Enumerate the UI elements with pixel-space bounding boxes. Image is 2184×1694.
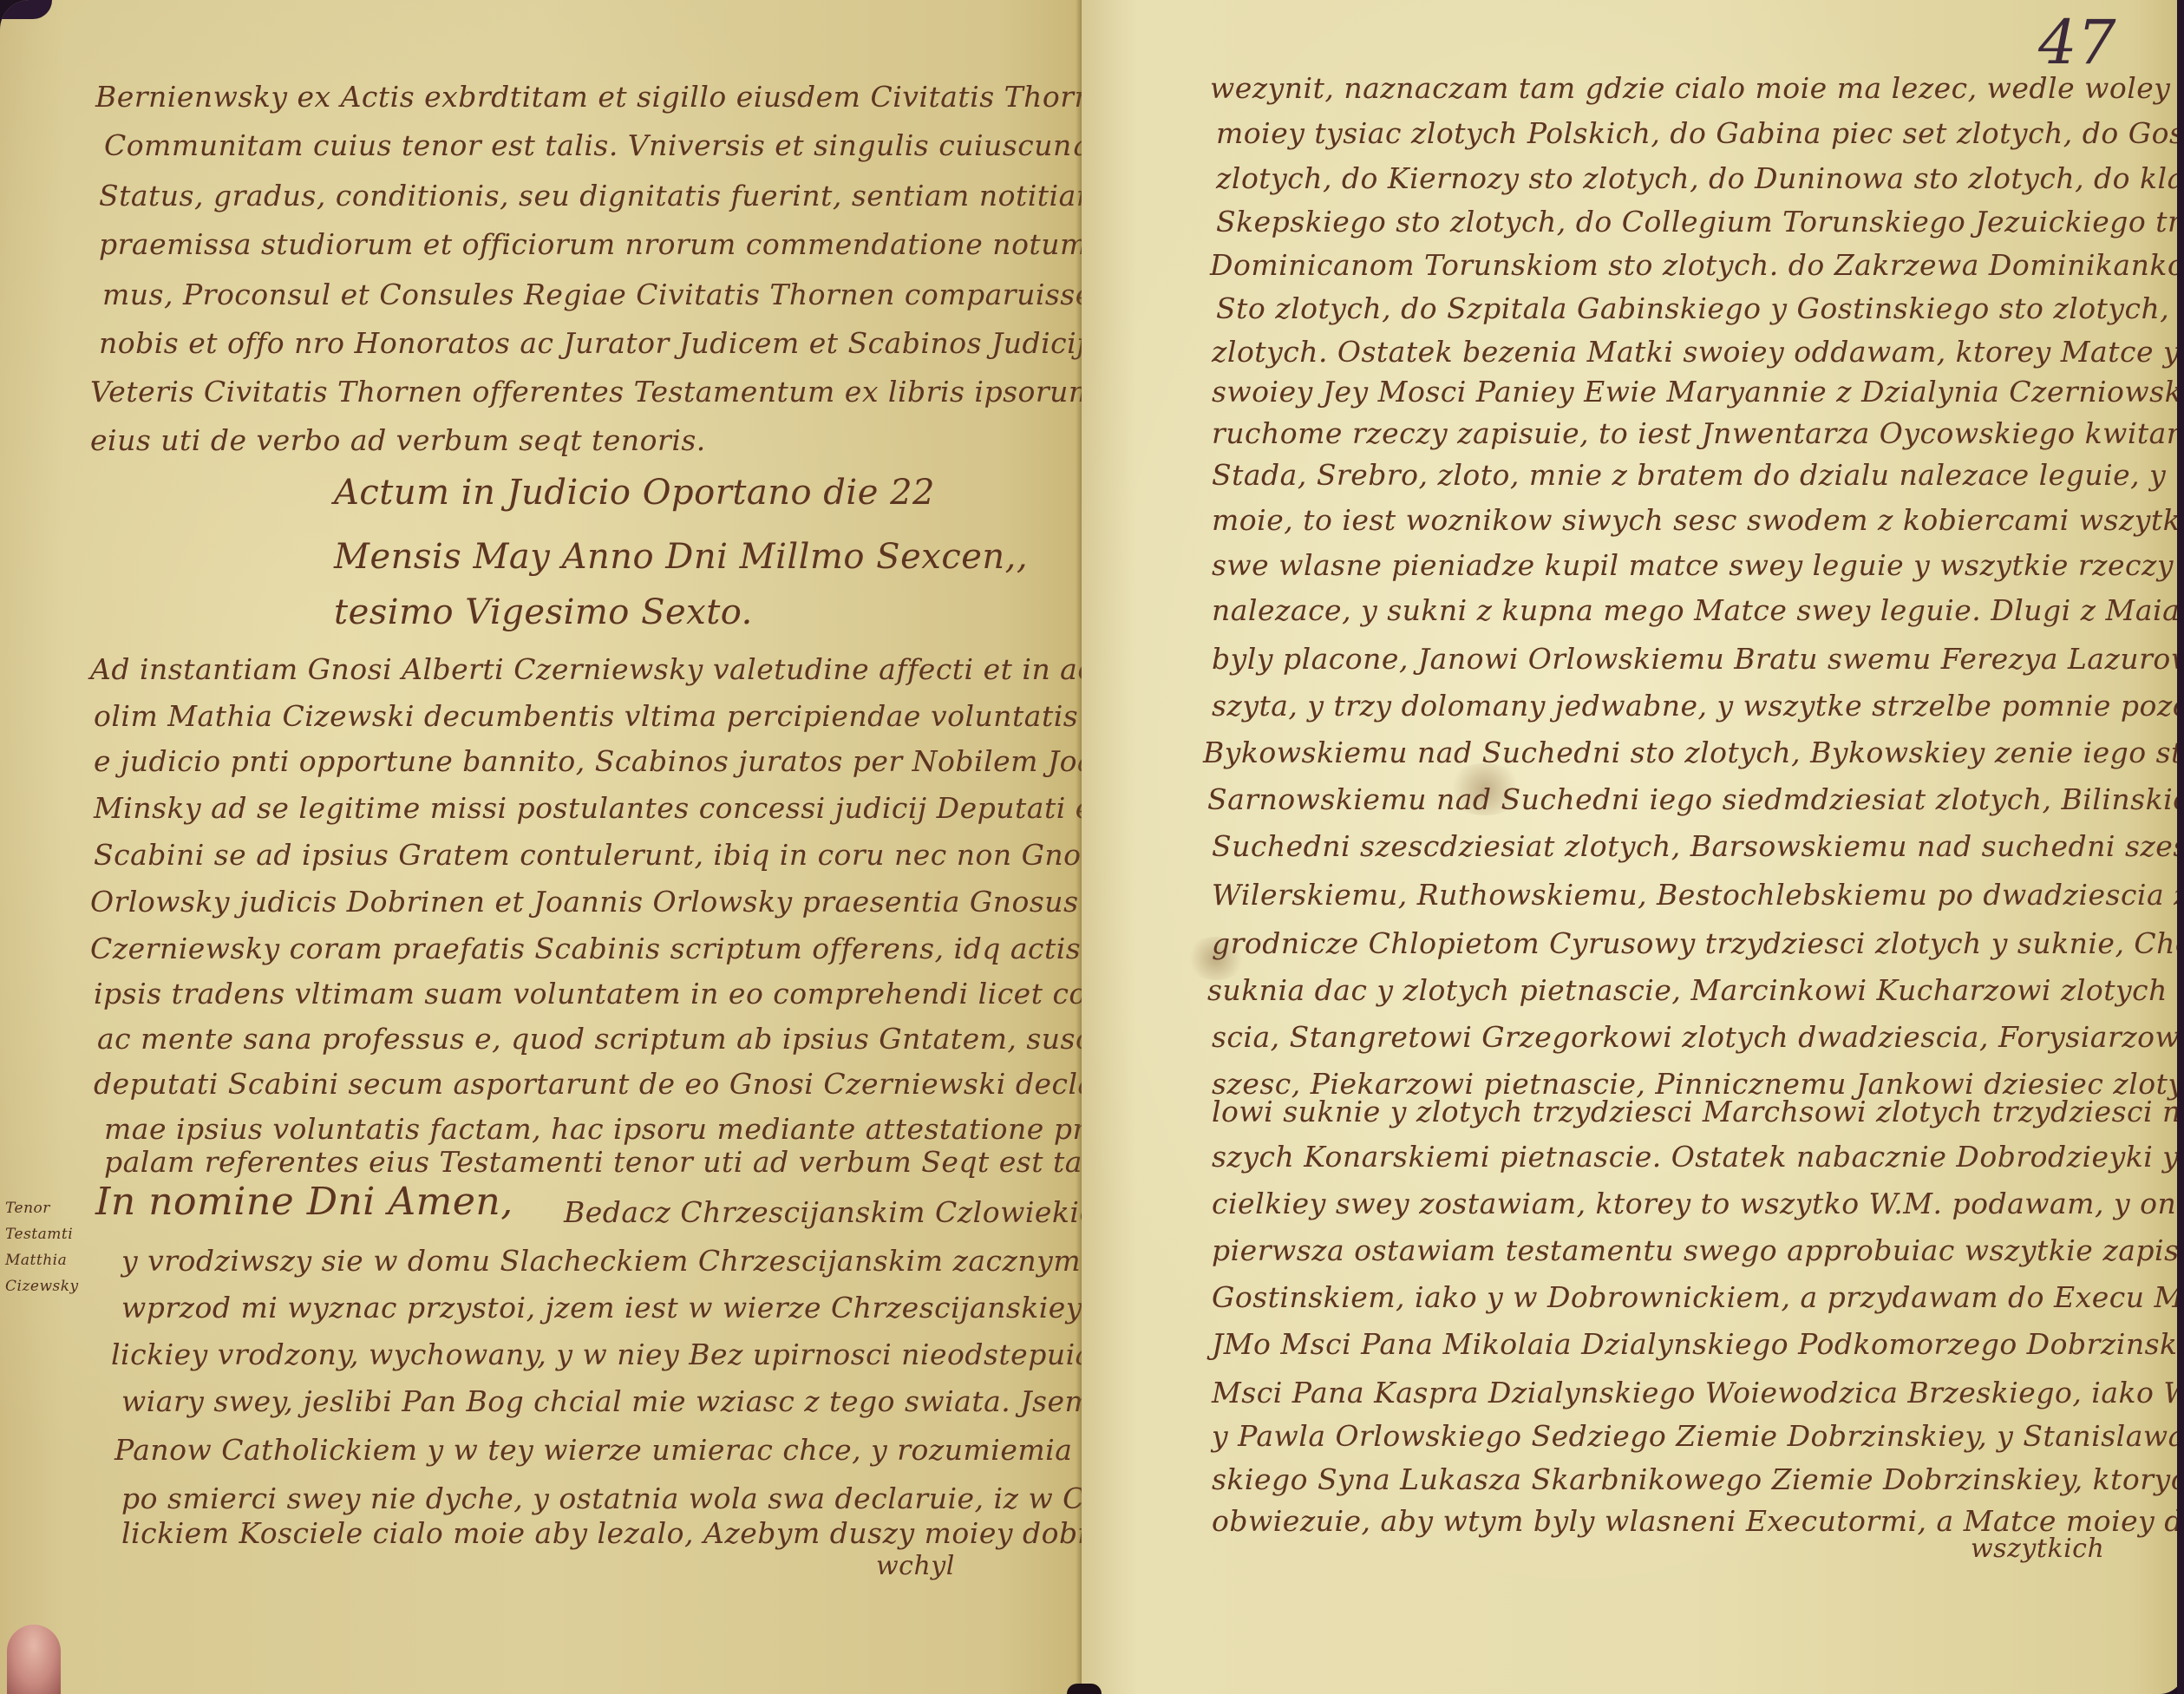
background-edge	[1067, 1684, 1102, 1694]
text-line: Communitam cuius tenor est talis. Vniver…	[104, 128, 1082, 163]
text-line: szych Konarskiemi pietnascie. Ostatek na…	[1212, 1140, 2184, 1174]
text-line: moiey tysiac zlotych Polskich, do Gabina…	[1216, 116, 2184, 151]
text-line: palam referentes eius Testamenti tenor u…	[104, 1145, 1082, 1180]
catchword: wszytkich	[1971, 1534, 2104, 1564]
text-line: moie, to iest woznikow siwych sesc swode…	[1212, 503, 2184, 538]
text-line: mae ipsius voluntatis factam, hac ipsoru…	[104, 1112, 1082, 1147]
text-line: Scabini se ad ipsius Gratem contulerunt,…	[94, 838, 1082, 873]
thumb-finger	[7, 1625, 61, 1694]
text-line: Wilerskiemu, Ruthowskiemu, Bestochlebski…	[1212, 878, 2184, 912]
heading-line: tesimo Vigesimo Sexto.	[334, 595, 753, 630]
text-line: Gostinskiem, iako y w Dobrownickiem, a p…	[1212, 1280, 2184, 1315]
text-line: Ad instantiam Gnosi Alberti Czerniewsky …	[90, 652, 1082, 687]
heading-line: Actum in Judicio Oportano die 22	[334, 475, 935, 510]
text-line: Minsky ad se legitime missi postulantes …	[94, 791, 1082, 826]
text-line: Veteris Civitatis Thornen offerentes Tes…	[90, 375, 1082, 409]
margin-note: Tenor Testamti Matthia Cizewsky	[5, 1195, 57, 1299]
right-page: 47 wezynit, naznaczam tam gdzie cialo mo…	[1082, 0, 2184, 1694]
text-line: zlotych. Ostatek bezenia Matki swoiey od…	[1212, 335, 2184, 370]
text-line: lowi suknie y zlotych trzydziesci Marchs…	[1212, 1095, 2184, 1129]
text-line: e judicio pnti opportune bannito, Scabin…	[94, 744, 1082, 779]
text-line: byly placone, Janowi Orlowskiemu Bratu s…	[1212, 642, 2184, 677]
text-line: wezynit, naznaczam tam gdzie cialo moie …	[1210, 71, 2184, 106]
text-line: ac mente sana professus e, quod scriptum…	[97, 1022, 1082, 1056]
margin-note-line: Cizewsky	[5, 1273, 57, 1299]
text-line: Stada, Srebro, zloto, mnie z bratem do d…	[1212, 458, 2184, 493]
text-line: pierwsza ostawiam testamentu swego appro…	[1212, 1233, 2184, 1268]
text-line: Panow Catholickiem y w tey wierze umiera…	[114, 1433, 1082, 1468]
text-line: wiary swey, jeslibi Pan Bog chcial mie w…	[121, 1384, 1082, 1419]
text-line: po smierci swey nie dyche, y ostatnia wo…	[121, 1481, 1082, 1516]
text-line: scia, Stangretowi Grzegorkowi zlotych dw…	[1212, 1020, 2184, 1055]
text-line: Bernienwsky ex Actis exbrdtitam et sigil…	[95, 80, 1082, 114]
text-line: nobis et offo nro Honoratos ac Jurator J…	[99, 326, 1082, 361]
text-line: olim Mathia Cizewski decumbentis vltima …	[94, 699, 1082, 734]
text-line: JMo Msci Pana Mikolaia Dzialynskiego Pod…	[1212, 1327, 2184, 1362]
invocation: In nomine Dni Amen,	[95, 1185, 513, 1220]
text-line: suknia dac y zlotych pietnascie, Marcink…	[1207, 973, 2184, 1008]
heading-line: Mensis May Anno Dni Millmo Sexcen,,	[334, 540, 1028, 574]
text-line: Bykowskiemu nad Suchedni sto zlotych, By…	[1203, 736, 2184, 770]
text-line: Status, gradus, conditionis, seu dignita…	[99, 179, 1082, 213]
text-line: praemissa studiorum et officiorum nrorum…	[99, 227, 1082, 262]
text-line: swe wlasne pieniadze kupil matce swey le…	[1212, 548, 2184, 583]
text-line: swoiey Jey Mosci Paniey Ewie Maryannie z…	[1212, 375, 2184, 409]
text-line: y Pawla Orlowskiego Sedziego Ziemie Dobr…	[1212, 1419, 2184, 1454]
text-line: ipsis tradens vltimam suam voluntatem in…	[94, 977, 1082, 1011]
text-line: cielkiey swey zostawiam, ktorey to wszyt…	[1212, 1187, 2184, 1221]
text-line: skiego Syna Lukasza Skarbnikowego Ziemie…	[1212, 1462, 2184, 1497]
text-line: ruchome rzeczy zapisuie, to iest Jnwenta…	[1212, 416, 2184, 451]
text-line: eius uti de verbo ad verbum seqt tenoris…	[90, 423, 706, 458]
margin-note-line: Matthia	[5, 1247, 57, 1273]
text-line: Skepskiego sto zlotych, do Collegium Tor…	[1216, 205, 2184, 239]
text-line: nalezace, y sukni z kupna mego Matce swe…	[1212, 593, 2184, 628]
text-line: Dominicanom Torunskiom sto zlotych. do Z…	[1210, 248, 2184, 283]
text-line: wprzod mi wyznac przystoi, jzem iest w w…	[121, 1291, 1082, 1325]
text-line: grodnicze Chlopietom Cyrusowy trzydziesc…	[1212, 926, 2184, 961]
text-line: mus, Proconsul et Consules Regiae Civita…	[102, 278, 1082, 312]
text-line: y vrodziwszy sie w domu Slacheckiem Chrz…	[121, 1244, 1082, 1279]
text-line: Orlowsky judicis Dobrinen et Joannis Orl…	[90, 885, 1082, 919]
page-number: 47	[2038, 7, 2116, 78]
text-line: deputati Scabini secum asportarunt de eo…	[94, 1067, 1082, 1102]
manuscript-spread: Tenor Testamti Matthia Cizewsky Bernienw…	[0, 0, 2184, 1694]
text-line: Bedacz Chrzescijanskim Czlowiekiem	[564, 1195, 1082, 1230]
text-line: lickiem Kosciele cialo moie aby lezalo, …	[121, 1516, 1082, 1551]
left-page: Tenor Testamti Matthia Cizewsky Bernienw…	[0, 0, 1082, 1694]
text-line: Sto zlotych, do Szpitala Gabinskiego y G…	[1216, 291, 2184, 326]
text-line: lickiey vrodzony, wychowany, y w niey Be…	[111, 1338, 1082, 1372]
text-line: Msci Pana Kaspra Dzialynskiego Woiewodzi…	[1212, 1376, 2184, 1410]
text-line: Suchedni szescdziesiat zlotych, Barsowsk…	[1212, 829, 2184, 864]
text-line: zlotych, do Kiernozy sto zlotych, do Dun…	[1216, 161, 2184, 196]
margin-note-line: Testamti	[5, 1221, 57, 1247]
background-corner	[0, 0, 52, 19]
text-line: Czerniewsky coram praefatis Scabinis scr…	[90, 932, 1082, 966]
catchword: wchyl	[876, 1551, 955, 1581]
text-line: szyta, y trzy dolomany jedwabne, y wszyt…	[1212, 689, 2184, 723]
margin-note-line: Tenor	[5, 1195, 57, 1221]
background-edge	[2177, 0, 2184, 1694]
text-line: Sarnowskiemu nad Suchedni iego siedmdzie…	[1207, 782, 2184, 817]
